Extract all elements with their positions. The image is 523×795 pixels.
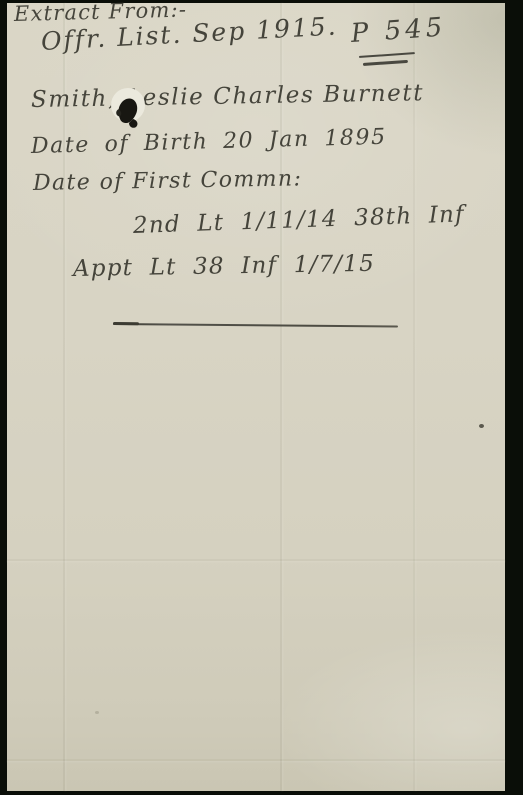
first-commission-label-line: Date of First Commn: [33, 166, 303, 196]
scanned-document: Extract From:- Offr. List. Sep 1915. P 5… [0, 0, 523, 795]
paper-sheet: Extract From:- Offr. List. Sep 1915. P 5… [7, 3, 505, 791]
page-ref-underline-top [359, 52, 415, 58]
paper-speck [95, 711, 99, 714]
paper-speck [479, 424, 484, 428]
fold-crease-vertical [63, 3, 65, 791]
date-of-birth-line: Date of Birth 20 Jan 1895 [31, 125, 387, 159]
fold-crease-horizontal [7, 559, 505, 561]
page-ref-underline-bottom [363, 60, 408, 66]
ink-blot [103, 83, 155, 137]
fold-crease-horizontal [7, 759, 505, 761]
commission-entry-1: 2nd Lt 1/11/14 38th Inf [133, 201, 466, 239]
fold-crease-vertical [413, 3, 415, 791]
commission-entry-2: Appt Lt 38 Inf 1/7/15 [73, 251, 375, 282]
ink-rule [113, 323, 398, 327]
page-reference: P 545 [350, 12, 447, 49]
fold-crease-vertical [280, 3, 282, 791]
name-line: Smith, Leslie Charles Burnett [31, 80, 425, 113]
